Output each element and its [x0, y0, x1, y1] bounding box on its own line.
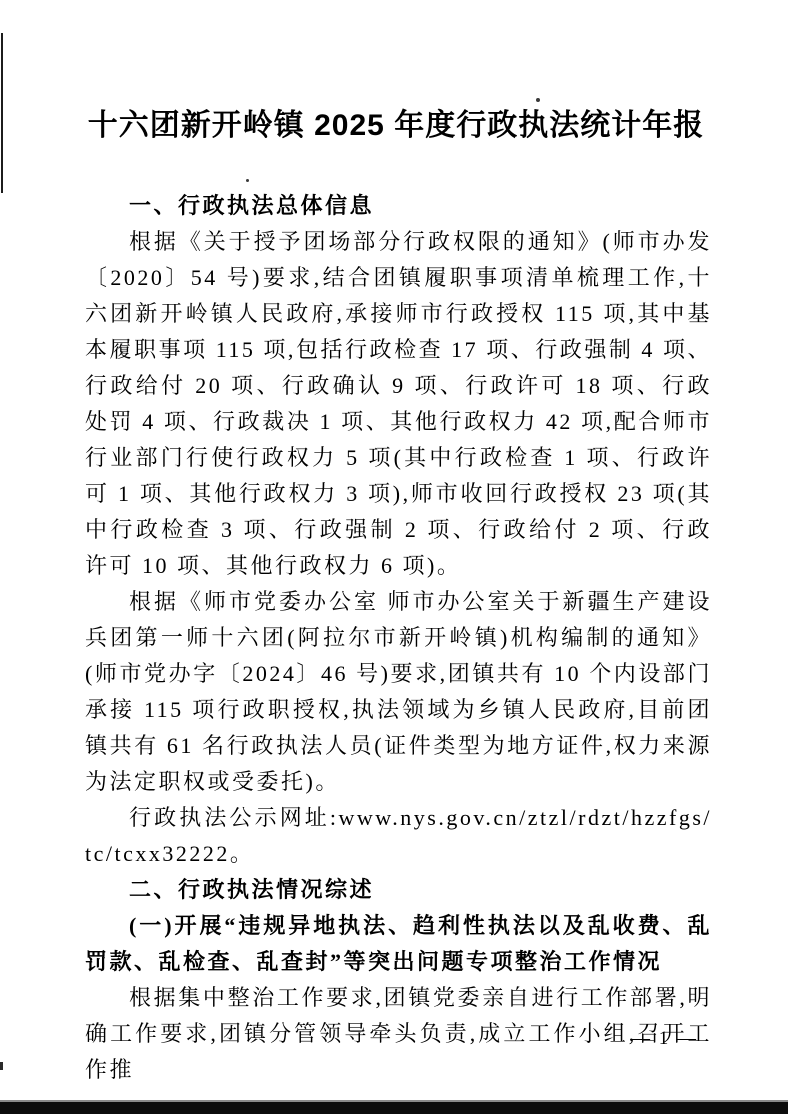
scanned-document-page: 十六团新开岭镇 2025 年度行政执法统计年报 一、行政执法总体信息 根据《关于…	[0, 0, 788, 1114]
document-title: 十六团新开岭镇 2025 年度行政执法统计年报	[80, 100, 712, 144]
scan-speck	[246, 179, 249, 182]
paragraph-publicity-url: 行政执法公示网址:www.nys.gov.cn/ztzl/rdzt/hzzfgs…	[85, 800, 712, 872]
section-2-heading: 二、行政执法情况综述	[85, 872, 712, 908]
scan-artifact-left-edge-line	[1, 33, 3, 193]
paragraph-authorization-overview: 根据《关于授予团场部分行政权限的通知》(师市办发〔2020〕54 号)要求,结合…	[85, 224, 712, 584]
paragraph-institution-setup: 根据《师市党委办公室 师市办公室关于新疆生产建设兵团第一师十六团(阿拉尔市新开岭…	[85, 584, 712, 800]
scan-artifact-bottom-bar	[0, 1100, 788, 1114]
subsection-1-heading: (一)开展“违规异地执法、趋利性执法以及乱收费、乱罚款、乱检查、乱查封”等突出问…	[85, 908, 712, 980]
document-body: 一、行政执法总体信息 根据《关于授予团场部分行政权限的通知》(师市办发〔2020…	[85, 188, 712, 1088]
section-1-heading: 一、行政执法总体信息	[85, 188, 712, 224]
paragraph-rectification-work: 根据集中整治工作要求,团镇党委亲自进行工作部署,明确工作要求,团镇分管领导牵头负…	[85, 980, 712, 1088]
page-number: — 1 —	[631, 1028, 698, 1050]
scan-artifact-left-mark	[0, 1062, 3, 1070]
